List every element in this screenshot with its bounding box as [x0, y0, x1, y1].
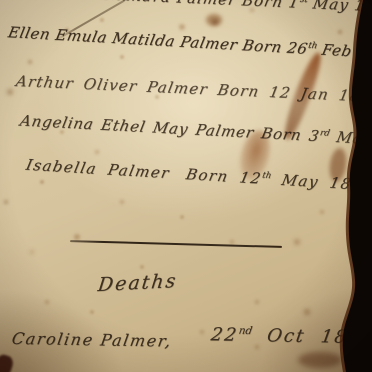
birth-entry-text: May 1890: [269, 170, 372, 194]
birth-entry-text: Isabella Palmer Born 12: [25, 156, 264, 188]
birth-entry-line: Angelina Ethel May Palmer Born 3rd May 1…: [19, 112, 372, 151]
rust-stain-small: [206, 14, 222, 26]
death-date-rest: Oct 1877: [250, 325, 372, 348]
death-entry-line: Caroline Palmer,22nd Oct 1877: [10, 328, 372, 355]
death-entry-name: Caroline Palmer,: [11, 329, 174, 351]
birth-entry-line: Alexandra Palmer Born 1st May 187: [83, 0, 372, 16]
birth-entry-text: Angelina Ethel May Palmer Born 3: [19, 112, 322, 146]
death-date-day: 22: [210, 324, 240, 345]
birth-entry-text: Feb 1881: [315, 40, 372, 62]
birth-entry-text: May 187: [306, 0, 372, 16]
birth-entry-text: Arthur Oliver Palmer Born 12 Jan 1883: [15, 72, 372, 106]
corner-stain: [0, 353, 15, 372]
deaths-section-heading: Deaths: [97, 270, 179, 296]
register-page-photo: Alexandra Palmer Born 1st May 187 Ellen …: [0, 0, 372, 372]
birth-entry-line: Ellen Emula Matilda Palmer Born 26th Feb…: [7, 23, 372, 63]
birth-entry-text: May 1886: [327, 128, 372, 151]
foxing-spots: [0, 0, 4, 4]
birth-entry-line: Isabella Palmer Born 12th May 1890: [25, 156, 372, 194]
birth-entry-text: Ellen Emula Matilda Palmer Born 26: [7, 23, 310, 58]
ink-divider-line: [70, 240, 282, 248]
death-entry-date: 22nd Oct 1877: [210, 324, 372, 348]
birth-entry-line: Arthur Oliver Palmer Born 12 Jan 1883: [15, 72, 372, 106]
